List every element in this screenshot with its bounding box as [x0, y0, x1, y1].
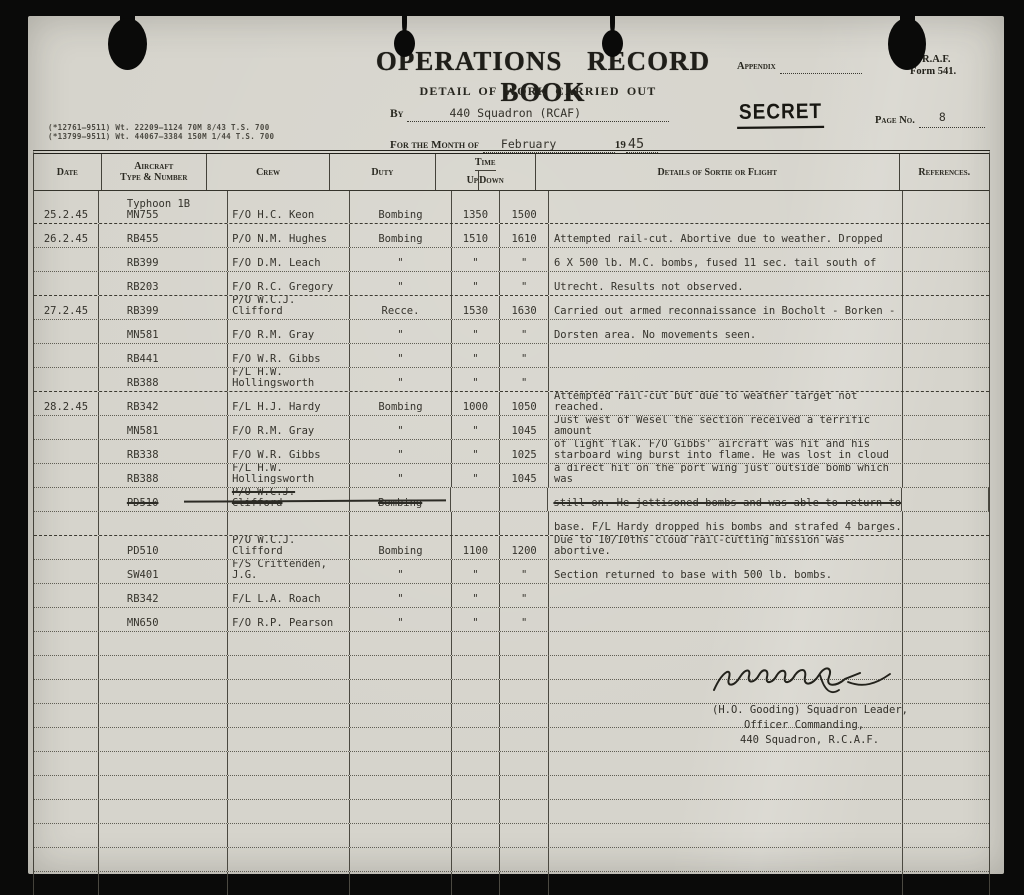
cell-duty: ": [350, 440, 451, 463]
crew-text: P/O W.C.J. Clifford: [232, 536, 349, 557]
cell-refs: [903, 320, 989, 343]
cell-ac: SW401: [99, 560, 228, 583]
by-label: By: [390, 108, 403, 120]
cell-duty: [350, 728, 451, 751]
crew-text: F/L L.A. Roach: [232, 594, 349, 605]
duty-text: ": [350, 570, 450, 581]
cell-down: [500, 680, 549, 703]
details-line: Due to 10/10ths cloud rail-cutting missi…: [554, 536, 902, 557]
cell-crew: [228, 512, 350, 535]
crew-text: F/O R.M. Gray: [232, 426, 349, 437]
cell-crew: F/L H.J. Hardy: [228, 392, 350, 415]
duty-text: ": [350, 258, 450, 269]
duty-text: ": [350, 474, 450, 485]
table-row: 28.2.45RB342F/L H.J. HardyBombing1000105…: [34, 392, 989, 416]
cell-ac: PD510: [99, 488, 228, 511]
table-row: [34, 752, 989, 776]
cell-refs: [903, 344, 989, 367]
cell-crew: [228, 632, 350, 655]
col-header-time-label: Time: [475, 154, 496, 171]
up-text: ": [452, 282, 500, 293]
cell-det: of light flak. F/O Gibbs' aircraft was h…: [549, 440, 903, 463]
duty-text: ": [350, 450, 450, 461]
cell-ac: MN650: [99, 608, 228, 631]
cell-crew: [228, 848, 350, 871]
cell-down: 1045: [500, 416, 549, 439]
details-text: Carried out armed reconnaissance in Boch…: [554, 305, 895, 317]
cell-det: Dorsten area. No movements seen.: [549, 320, 903, 343]
down-text: ": [500, 282, 548, 293]
details-text: Due to 10/10ths cloud rail-cutting missi…: [554, 536, 845, 557]
cell-refs: [903, 191, 989, 223]
cell-refs: [903, 560, 989, 583]
cell-crew: [228, 680, 350, 703]
cell-duty: ": [350, 368, 451, 391]
cell-up: ": [452, 584, 501, 607]
cell-refs: [903, 800, 989, 823]
cell-crew: F/O R.M. Gray: [228, 416, 350, 439]
duty-text: ": [350, 426, 450, 437]
details-line: Attempted rail-cut but due to weather ta…: [554, 392, 902, 413]
cell-duty: [350, 632, 451, 655]
up-text: ": [452, 426, 500, 437]
cell-date: [34, 872, 99, 895]
cell-down: [500, 800, 549, 823]
signature-block: (H.O. Gooding) Squadron Leader, Officer …: [708, 662, 908, 748]
cell-date: 26.2.45: [34, 224, 99, 247]
cell-det: Attempted rail-cut but due to weather ta…: [549, 392, 903, 415]
duty-text: ": [350, 330, 450, 341]
table-row: MN581F/O R.M. Gray"""Dorsten area. No mo…: [34, 320, 989, 344]
cell-refs: [903, 608, 989, 631]
cell-date: [34, 584, 99, 607]
cell-ac: [99, 848, 228, 871]
cell-up: ": [452, 368, 501, 391]
table-row: [34, 824, 989, 848]
cell-date: [34, 248, 99, 271]
col-header-aircraft-line1: Aircraft: [134, 161, 173, 172]
cell-det: Attempted rail-cut. Abortive due to weat…: [549, 224, 903, 247]
cell-date: 27.2.45: [34, 296, 99, 319]
cell-duty: Recce.: [350, 296, 451, 319]
cell-ac: PD510: [99, 536, 228, 559]
aircraft-line: RB399: [127, 306, 227, 317]
cell-date: 25.2.45: [34, 191, 99, 223]
cell-ac: RB399: [99, 248, 228, 271]
cell-ac: RB342: [99, 392, 228, 415]
aircraft-line: RB338: [127, 450, 227, 461]
cell-down: [500, 752, 549, 775]
cell-ac: Typhoon 1BMN755: [99, 191, 228, 223]
cell-crew: [228, 872, 350, 895]
cell-det: still on. He jettisoned bombs and was ab…: [548, 488, 902, 511]
details-line: base. F/L Hardy dropped his bombs and st…: [554, 522, 902, 533]
cell-date: [34, 680, 99, 703]
cell-refs: [903, 824, 989, 847]
cell-up: [452, 704, 501, 727]
cell-det: [549, 800, 903, 823]
table-row: MN650F/O R.P. Pearson""": [34, 608, 989, 632]
cell-down: [500, 656, 549, 679]
date-text: 27.2.45: [34, 306, 98, 317]
cell-up: [452, 728, 501, 751]
down-text: ": [500, 570, 548, 581]
crew-text: P/O W.C.J. Clifford: [232, 296, 349, 317]
cell-date: [34, 272, 99, 295]
cell-duty: [350, 824, 451, 847]
table-row: [34, 800, 989, 824]
cell-up: [452, 800, 501, 823]
cell-det: and was not seen again. F/O Gray's aircr…: [549, 464, 903, 487]
cell-date: 28.2.45: [34, 392, 99, 415]
cell-refs: [903, 680, 989, 703]
details-line: a direct hit on the port wing just outsi…: [554, 464, 902, 485]
aircraft-line: RB455: [127, 234, 227, 245]
duty-text: Recce.: [350, 306, 450, 317]
table-row: base. F/L Hardy dropped his bombs and st…: [34, 512, 989, 536]
cell-refs: [903, 752, 989, 775]
cell-refs: [903, 464, 989, 487]
cell-refs: [903, 224, 989, 247]
cell-crew: F/O R.M. Gray: [228, 320, 350, 343]
cell-crew: F/L H.W. Hollingsworth: [228, 464, 350, 487]
table-row: [34, 848, 989, 872]
cell-date: [34, 368, 99, 391]
col-header-references: References.: [900, 154, 989, 190]
cell-ac: RB399: [99, 296, 228, 319]
cell-crew: [228, 776, 350, 799]
down-text: ": [500, 354, 548, 365]
up-text: ": [452, 378, 500, 389]
cell-duty: ": [350, 344, 451, 367]
up-text: 1510: [452, 234, 500, 245]
cell-duty: Bombing: [350, 191, 451, 223]
cell-refs: [903, 632, 989, 655]
cell-duty: ": [350, 464, 451, 487]
cell-ac: [99, 776, 228, 799]
cell-det: [549, 584, 903, 607]
down-text: ": [500, 378, 548, 389]
aircraft-line: PD510: [127, 546, 227, 557]
paper-sheet: (*12761—9511) Wt. 22209—1124 70M 8/43 T.…: [28, 16, 1004, 874]
cell-down: 1045: [500, 464, 549, 487]
cell-up: ": [452, 608, 501, 631]
table-row: MN581F/O R.M. Gray""1045Just west of Wes…: [34, 416, 989, 440]
aircraft-line: MN581: [127, 330, 227, 341]
cell-crew: [228, 656, 350, 679]
cell-ac: [99, 632, 228, 655]
cell-date: [34, 440, 99, 463]
up-text: 1350: [452, 210, 500, 221]
up-text: ": [452, 450, 500, 461]
cell-down: 1630: [500, 296, 549, 319]
cell-date: [34, 632, 99, 655]
date-text: 26.2.45: [34, 234, 98, 245]
cell-date: [34, 848, 99, 871]
cell-duty: Bombing: [350, 224, 451, 247]
col-header-down: Down: [479, 171, 504, 190]
duty-text: ": [350, 378, 450, 389]
cell-up: [452, 512, 501, 535]
cell-refs: [903, 272, 989, 295]
cell-crew: P/O W.C.J. Clifford: [228, 536, 350, 559]
cell-det: [549, 191, 903, 223]
signature-name-line: (H.O. Gooding) Squadron Leader,: [712, 703, 908, 718]
print-code-line-2: (*13799—9511) Wt. 44067—3384 150M 1/44 T…: [48, 132, 274, 141]
cell-crew: F/O H.C. Keon: [228, 191, 350, 223]
aircraft-line: RB388: [127, 474, 227, 485]
cell-down: [500, 824, 549, 847]
cell-date: [34, 656, 99, 679]
cell-up: [452, 680, 501, 703]
cell-date: [34, 320, 99, 343]
cell-up: [452, 632, 501, 655]
cell-down: ": [500, 248, 549, 271]
cell-ac: RB455: [99, 224, 228, 247]
cell-duty: ": [350, 320, 451, 343]
col-header-crew: Crew: [207, 154, 330, 190]
cell-ac: [99, 872, 228, 895]
cell-duty: Bombing: [350, 392, 451, 415]
by-leader-line: 440 Squadron (RCAF): [407, 106, 669, 122]
cell-up: [451, 488, 500, 511]
table-header-row: Date Aircraft Type & Number Crew Duty Ti…: [34, 154, 989, 191]
cell-crew: [228, 704, 350, 727]
cell-date: [34, 800, 99, 823]
cell-date: [34, 344, 99, 367]
cell-down: ": [500, 272, 549, 295]
cell-up: ": [452, 248, 501, 271]
cell-det: [549, 608, 903, 631]
cell-det: [549, 752, 903, 775]
aircraft-line: RB342: [127, 594, 227, 605]
cell-ac: [99, 824, 228, 847]
cell-crew: P/O W.C.J. Clifford: [228, 296, 350, 319]
cell-refs: [903, 848, 989, 871]
aircraft-line: RB203: [127, 282, 227, 293]
details-line: starboard wing burst into flame. He was …: [554, 450, 902, 461]
table-row: RB388F/L H.W. Hollingsworth""1045and was…: [34, 464, 989, 488]
cell-ac: RB203: [99, 272, 228, 295]
cell-up: [452, 872, 501, 895]
cell-up: ": [452, 272, 501, 295]
cell-date: [34, 512, 99, 535]
secret-stamp: SECRET: [737, 100, 824, 129]
table-row: [34, 776, 989, 800]
down-text: ": [500, 330, 548, 341]
punch-hole-right: [888, 18, 926, 70]
duty-text: ": [350, 594, 450, 605]
cell-duty: ": [350, 248, 451, 271]
cell-ac: [99, 704, 228, 727]
cell-up: [452, 824, 501, 847]
details-text: 6 X 500 lb. M.C. bombs, fused 11 sec. ta…: [554, 257, 876, 269]
cell-crew: F/S Crittenden, J.G.: [228, 560, 350, 583]
cell-ac: RB388: [99, 464, 228, 487]
cell-det: Just west of Wesel the section received …: [549, 416, 903, 439]
cell-ac: [99, 680, 228, 703]
table-row: 26.2.45RB455P/O N.M. HughesBombing151016…: [34, 224, 989, 248]
cell-ac: [99, 656, 228, 679]
cell-duty: ": [350, 272, 451, 295]
up-text: ": [452, 354, 500, 365]
cell-duty: [350, 656, 451, 679]
table-row: SW401F/S Crittenden, J.G."""Section retu…: [34, 560, 989, 584]
table-row: RB203F/O R.C. Gregory"""Utrecht. Results…: [34, 272, 989, 296]
cell-refs: [903, 512, 989, 535]
cell-crew: P/O N.M. Hughes: [228, 224, 350, 247]
crew-text: F/L H.J. Hardy: [232, 402, 349, 413]
cell-down: [500, 704, 549, 727]
cell-det: Utrecht. Results not observed.: [549, 272, 903, 295]
aircraft-line: MN650: [127, 618, 227, 629]
cell-up: [452, 848, 501, 871]
down-text: 1630: [500, 306, 548, 317]
cell-crew: F/O D.M. Leach: [228, 248, 350, 271]
cell-crew: F/O R.C. Gregory: [228, 272, 350, 295]
print-code-line-1: (*12761—9511) Wt. 22209—1124 70M 8/43 T.…: [48, 123, 274, 132]
cell-det: Carried out armed reconnaissance in Boch…: [549, 296, 903, 319]
crew-text: F/O R.M. Gray: [232, 330, 349, 341]
cell-crew: [228, 800, 350, 823]
details-text: Attempted rail-cut but due to weather ta…: [554, 392, 857, 413]
col-header-aircraft: Aircraft Type & Number: [102, 154, 207, 190]
cell-ac: MN581: [99, 320, 228, 343]
up-text: ": [452, 594, 500, 605]
cell-duty: ": [350, 560, 451, 583]
cell-date: [34, 536, 99, 559]
cell-det: [549, 776, 903, 799]
cell-det: [549, 848, 903, 871]
cell-crew: F/O R.P. Pearson: [228, 608, 350, 631]
cell-down: [500, 728, 549, 751]
punch-hole-left: [108, 18, 147, 70]
cell-duty: [350, 776, 451, 799]
cell-date: [34, 824, 99, 847]
page-number-leader-line: 8: [919, 112, 985, 128]
cell-ac: RB441: [99, 344, 228, 367]
cell-up: ": [452, 560, 501, 583]
cell-det: 6 X 500 lb. M.C. bombs, fused 11 sec. ta…: [549, 248, 903, 271]
cell-up: 1510: [452, 224, 501, 247]
down-text: ": [500, 618, 548, 629]
cell-duty: [350, 800, 451, 823]
cell-date: [34, 608, 99, 631]
operations-table: Date Aircraft Type & Number Crew Duty Ti…: [33, 150, 990, 895]
punch-hole-small-2: [602, 30, 623, 57]
cell-up: ": [452, 320, 501, 343]
cell-refs: [902, 488, 989, 511]
cell-down: [500, 848, 549, 871]
aircraft-line: RB342: [127, 402, 227, 413]
month-value: February: [501, 137, 556, 151]
duty-text: Bombing: [350, 546, 450, 557]
up-text: 1000: [452, 402, 500, 413]
details-line: Carried out armed reconnaissance in Boch…: [554, 306, 902, 317]
down-text: ": [500, 258, 548, 269]
cell-ac: [99, 752, 228, 775]
cell-refs: [903, 536, 989, 559]
cell-up: ": [452, 416, 501, 439]
cell-ac: MN581: [99, 416, 228, 439]
up-text: ": [452, 330, 500, 341]
crew-text: F/O R.P. Pearson: [232, 618, 349, 629]
cell-down: ": [500, 320, 549, 343]
cell-crew: F/L H.W. Hollingsworth: [228, 368, 350, 391]
cell-up: ": [452, 440, 501, 463]
cell-refs: [903, 392, 989, 415]
table-row: RB388F/L H.W. Hollingsworth""": [34, 368, 989, 392]
signature-unit-line: 440 Squadron, R.C.A.F.: [740, 733, 908, 748]
aircraft-line: SW401: [127, 570, 227, 581]
aircraft-line: RB441: [127, 354, 227, 365]
down-text: ": [500, 594, 548, 605]
crew-text: P/O W.C.J. Clifford: [232, 488, 349, 509]
duty-text: ": [350, 282, 450, 293]
table-row: RB338F/O W.R. Gibbs""1025of light flak. …: [34, 440, 989, 464]
cell-date: [34, 464, 99, 487]
details-line: Attempted rail-cut. Abortive due to weat…: [554, 234, 902, 245]
cell-down: 1200: [500, 536, 549, 559]
cell-date: [34, 416, 99, 439]
col-header-time: Time Up Down: [436, 154, 536, 190]
cell-duty: ": [350, 608, 451, 631]
cell-refs: [903, 728, 989, 751]
cell-date: [34, 704, 99, 727]
cell-up: [452, 776, 501, 799]
cell-det: [549, 344, 903, 367]
crew-text: F/O H.C. Keon: [232, 210, 349, 221]
cell-down: [500, 872, 549, 895]
crew-text: F/L H.W. Hollingsworth: [232, 464, 349, 485]
details-line: Dorsten area. No movements seen.: [554, 330, 902, 341]
cell-date: [34, 752, 99, 775]
down-text: 1610: [500, 234, 548, 245]
cell-duty: [350, 680, 451, 703]
details-text: Section returned to base with 500 lb. bo…: [554, 569, 832, 581]
crew-text: F/S Crittenden, J.G.: [232, 560, 349, 581]
crew-text: F/O W.R. Gibbs: [232, 354, 349, 365]
cell-duty: ": [350, 416, 451, 439]
details-text: a direct hit on the port wing just outsi…: [554, 464, 889, 485]
aircraft-line: MN755: [127, 210, 227, 221]
aircraft-line: RB399: [127, 258, 227, 269]
crew-text: P/O N.M. Hughes: [232, 234, 349, 245]
cell-duty: [350, 872, 451, 895]
appendix-leader-line: [780, 58, 862, 74]
aircraft-line: RB388: [127, 378, 227, 389]
cell-duty: [350, 704, 451, 727]
table-row: PD510P/O W.C.J. CliffordBombingstill on.…: [34, 488, 989, 512]
punch-hole-small-1: [394, 30, 415, 57]
details-text: Just west of Wesel the section received …: [554, 416, 870, 437]
col-header-date: Date: [34, 154, 102, 190]
cell-down: ": [500, 368, 549, 391]
cell-refs: [903, 440, 989, 463]
duty-text: Bombing: [350, 234, 450, 245]
col-header-aircraft-line2: Type & Number: [120, 172, 187, 183]
date-text: 28.2.45: [34, 402, 98, 413]
details-text-struck: still on. He jettisoned bombs and was ab…: [553, 497, 901, 509]
down-text: 1500: [500, 210, 548, 221]
crew-text: F/O D.M. Leach: [232, 258, 349, 269]
cell-ac: [99, 512, 228, 535]
page-number-label: Page No.: [875, 115, 915, 126]
duty-text: ": [350, 354, 450, 365]
cell-down: ": [500, 608, 549, 631]
crew-text: F/O R.C. Gregory: [232, 282, 349, 293]
up-text: ": [452, 258, 500, 269]
